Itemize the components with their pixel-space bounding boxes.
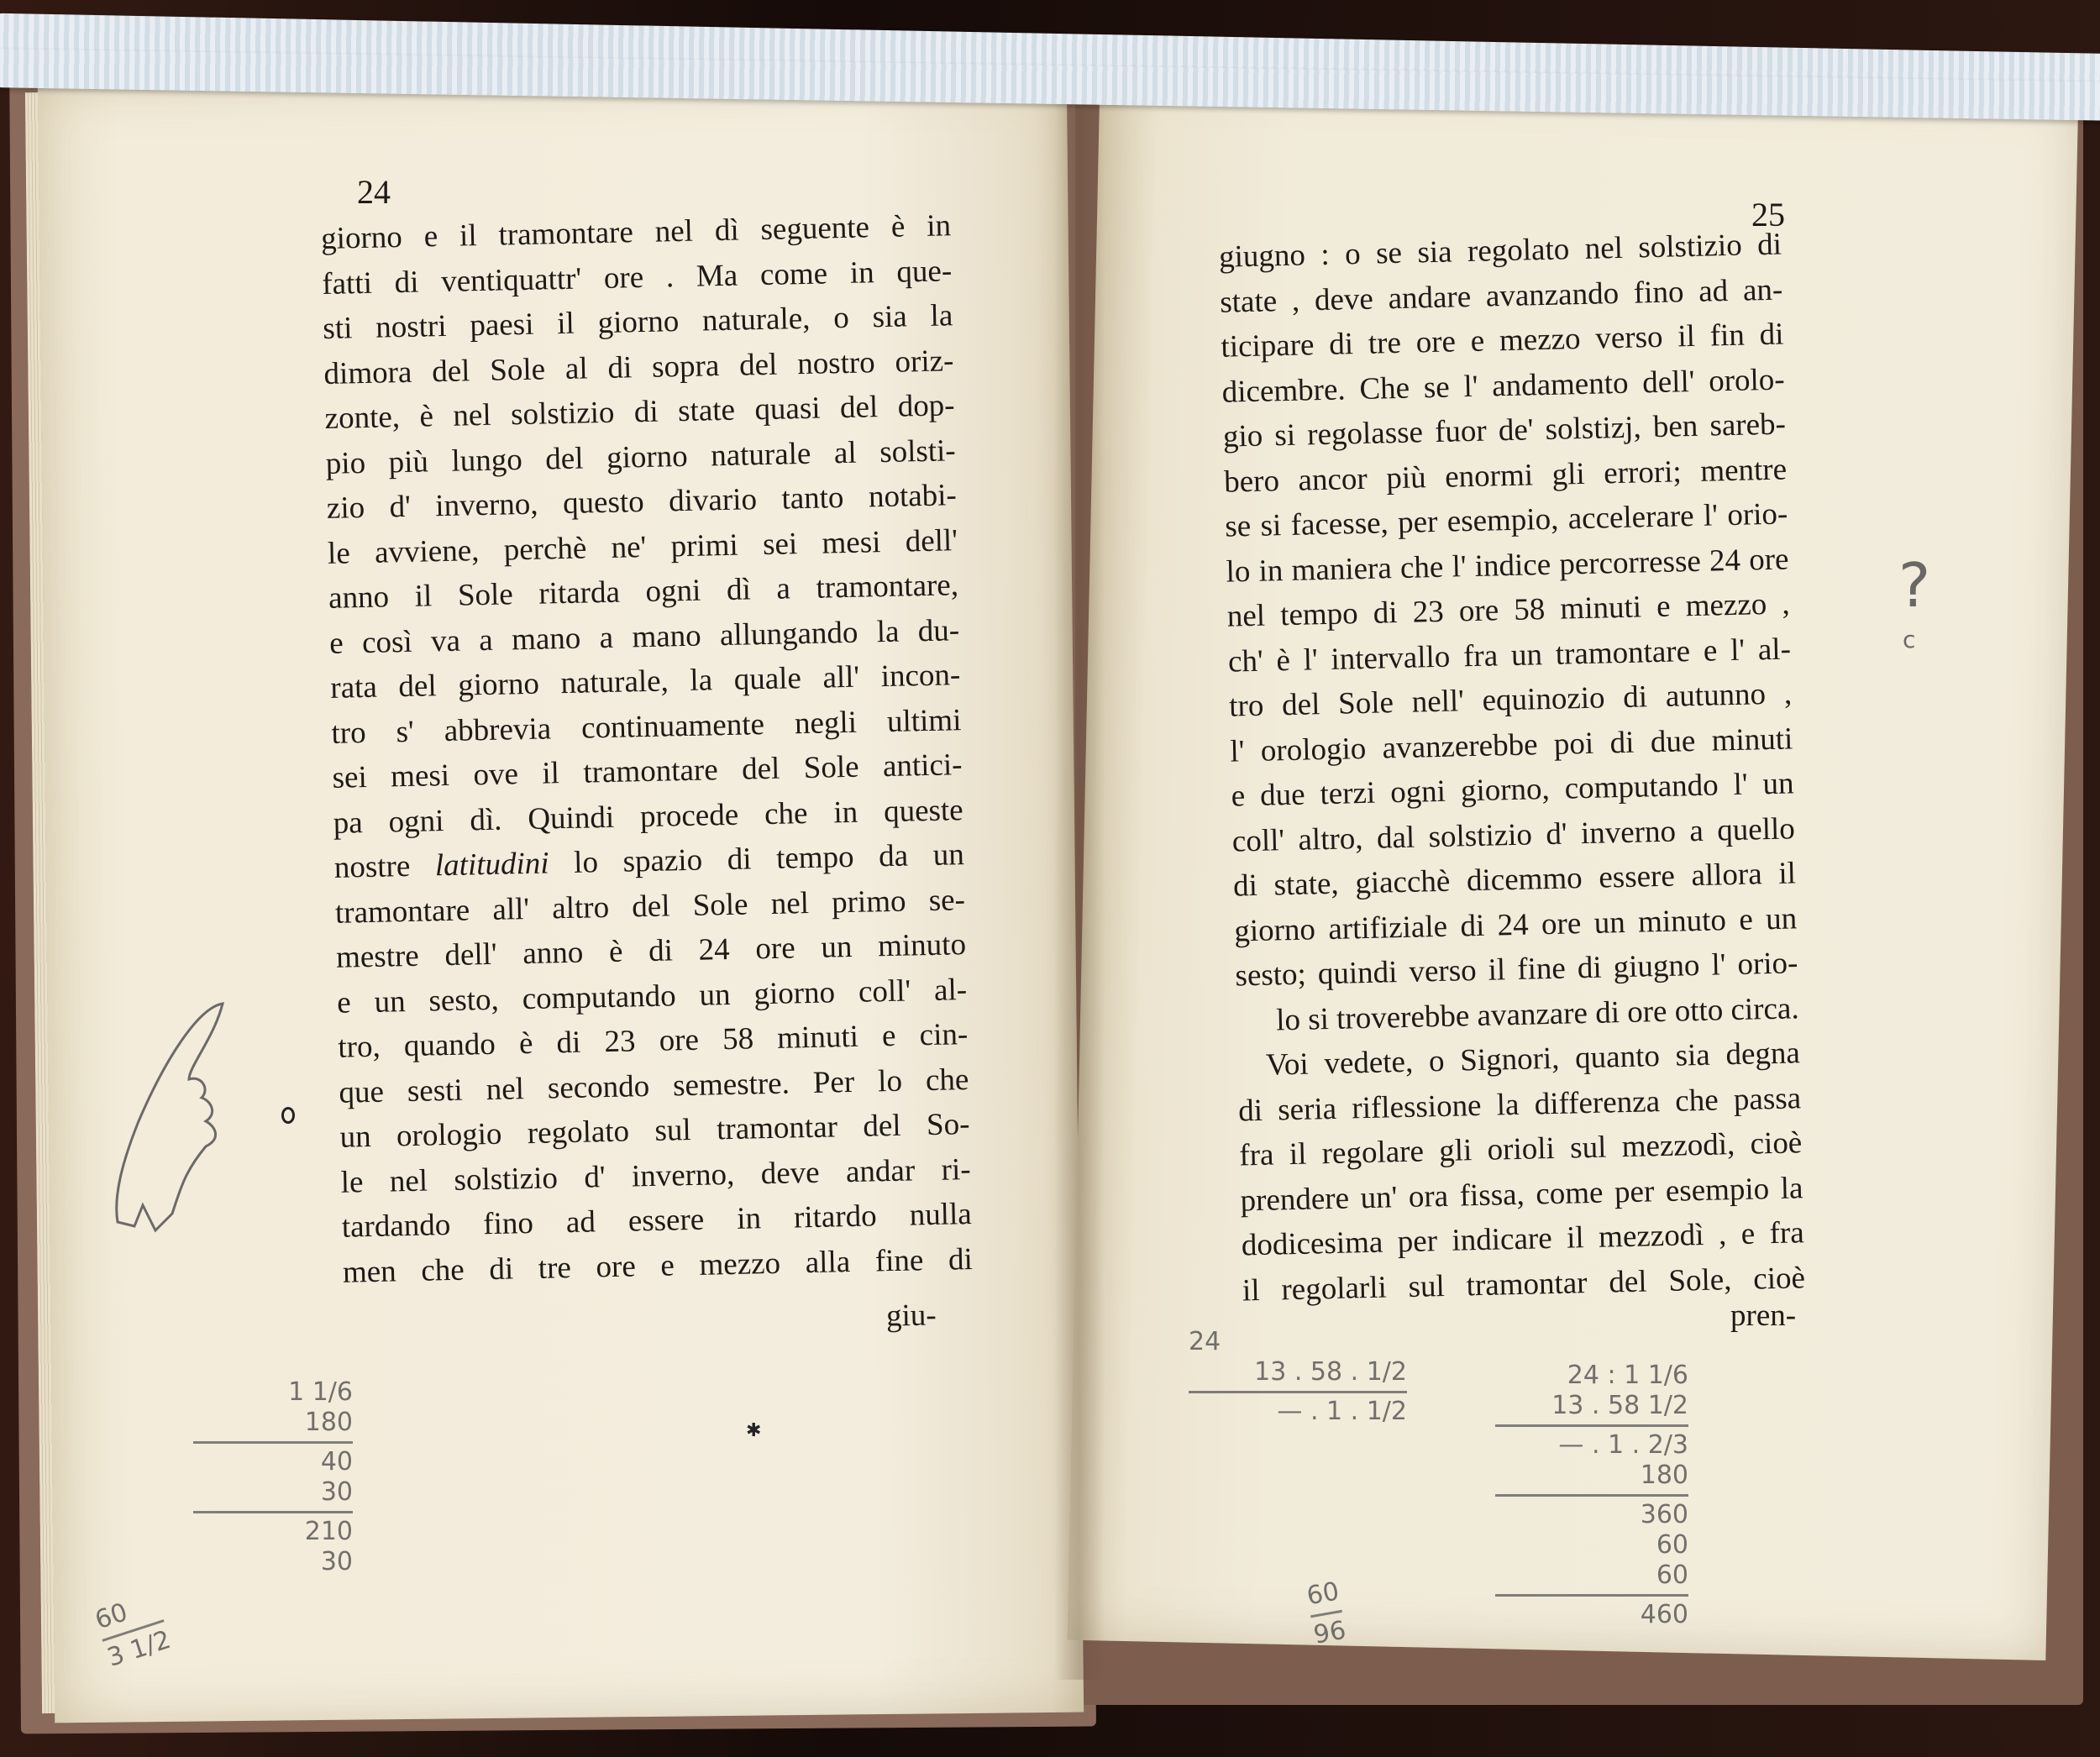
calc-row: 1 1/6 — [193, 1377, 353, 1408]
calc-rule — [1189, 1391, 1407, 1393]
calc-row: 13 . 58 1/2 — [1495, 1391, 1688, 1421]
calc-row: — . 1 . 2/3 — [1495, 1430, 1688, 1461]
calc-row: 180 — [1495, 1461, 1688, 1491]
calc-row: 30 — [193, 1477, 353, 1508]
asterisk-mark-icon: ✱ — [746, 1419, 761, 1441]
pointing-hand-doodle-icon — [97, 987, 239, 1243]
calc-row: 180 — [193, 1408, 353, 1438]
calc-row: 210 — [193, 1517, 353, 1547]
calc-row: 13 . 58 . 1/2 — [1189, 1357, 1407, 1387]
pencil-calculation-left: 1 1/6 180 40 30 210 30 — [193, 1377, 353, 1577]
calc-rule — [1495, 1594, 1688, 1597]
pencil-calculation-right-a: 24 13 . 58 . 1/2 — . 1 . 1/2 — [1189, 1327, 1407, 1427]
calc-row: 24 : 1 1/6 — [1495, 1361, 1688, 1391]
calc-row: 30 — [193, 1547, 353, 1577]
ink-mark-icon — [281, 1107, 295, 1124]
page-number-left: 24 — [357, 172, 391, 212]
catchword-right: pren- — [1730, 1298, 1796, 1334]
calc-row: 60 — [1495, 1530, 1688, 1560]
pencil-question-mark: ? — [1898, 550, 1930, 621]
catchword-left: giu- — [886, 1297, 937, 1334]
calc-row: 60 — [1495, 1560, 1688, 1591]
italic-word: latitudini — [434, 846, 549, 883]
calc-row: 360 — [1495, 1500, 1688, 1530]
right-page-text: giugno : o se sia regolato nel solstizio… — [1219, 223, 1806, 1314]
pencil-mark: c — [1903, 626, 1915, 653]
open-book: 24 giorno e il tramontare nel dì seguent… — [0, 0, 2100, 1757]
calc-row: — . 1 . 1/2 — [1189, 1397, 1407, 1427]
calc-row: 60 — [1305, 1576, 1341, 1612]
text-fragment: lo spazio di tempo da un — [549, 837, 964, 880]
text-fragment: nostre — [333, 848, 435, 885]
calc-row: 24 — [1189, 1327, 1407, 1357]
calc-row: 460 — [1495, 1600, 1688, 1630]
calc-rule — [193, 1511, 353, 1513]
calc-rule — [1495, 1424, 1688, 1427]
left-page-text: giorno e il tramontare nel dì seguente è… — [321, 203, 974, 1294]
calc-rule — [193, 1441, 353, 1444]
pencil-calculation-right-b: 24 : 1 1/6 13 . 58 1/2 — . 1 . 2/3 180 3… — [1495, 1361, 1688, 1630]
calc-row: 40 — [193, 1447, 353, 1477]
calc-row: 96 — [1311, 1616, 1348, 1651]
book-gutter — [1054, 84, 1105, 1680]
calc-rule — [1495, 1494, 1688, 1497]
